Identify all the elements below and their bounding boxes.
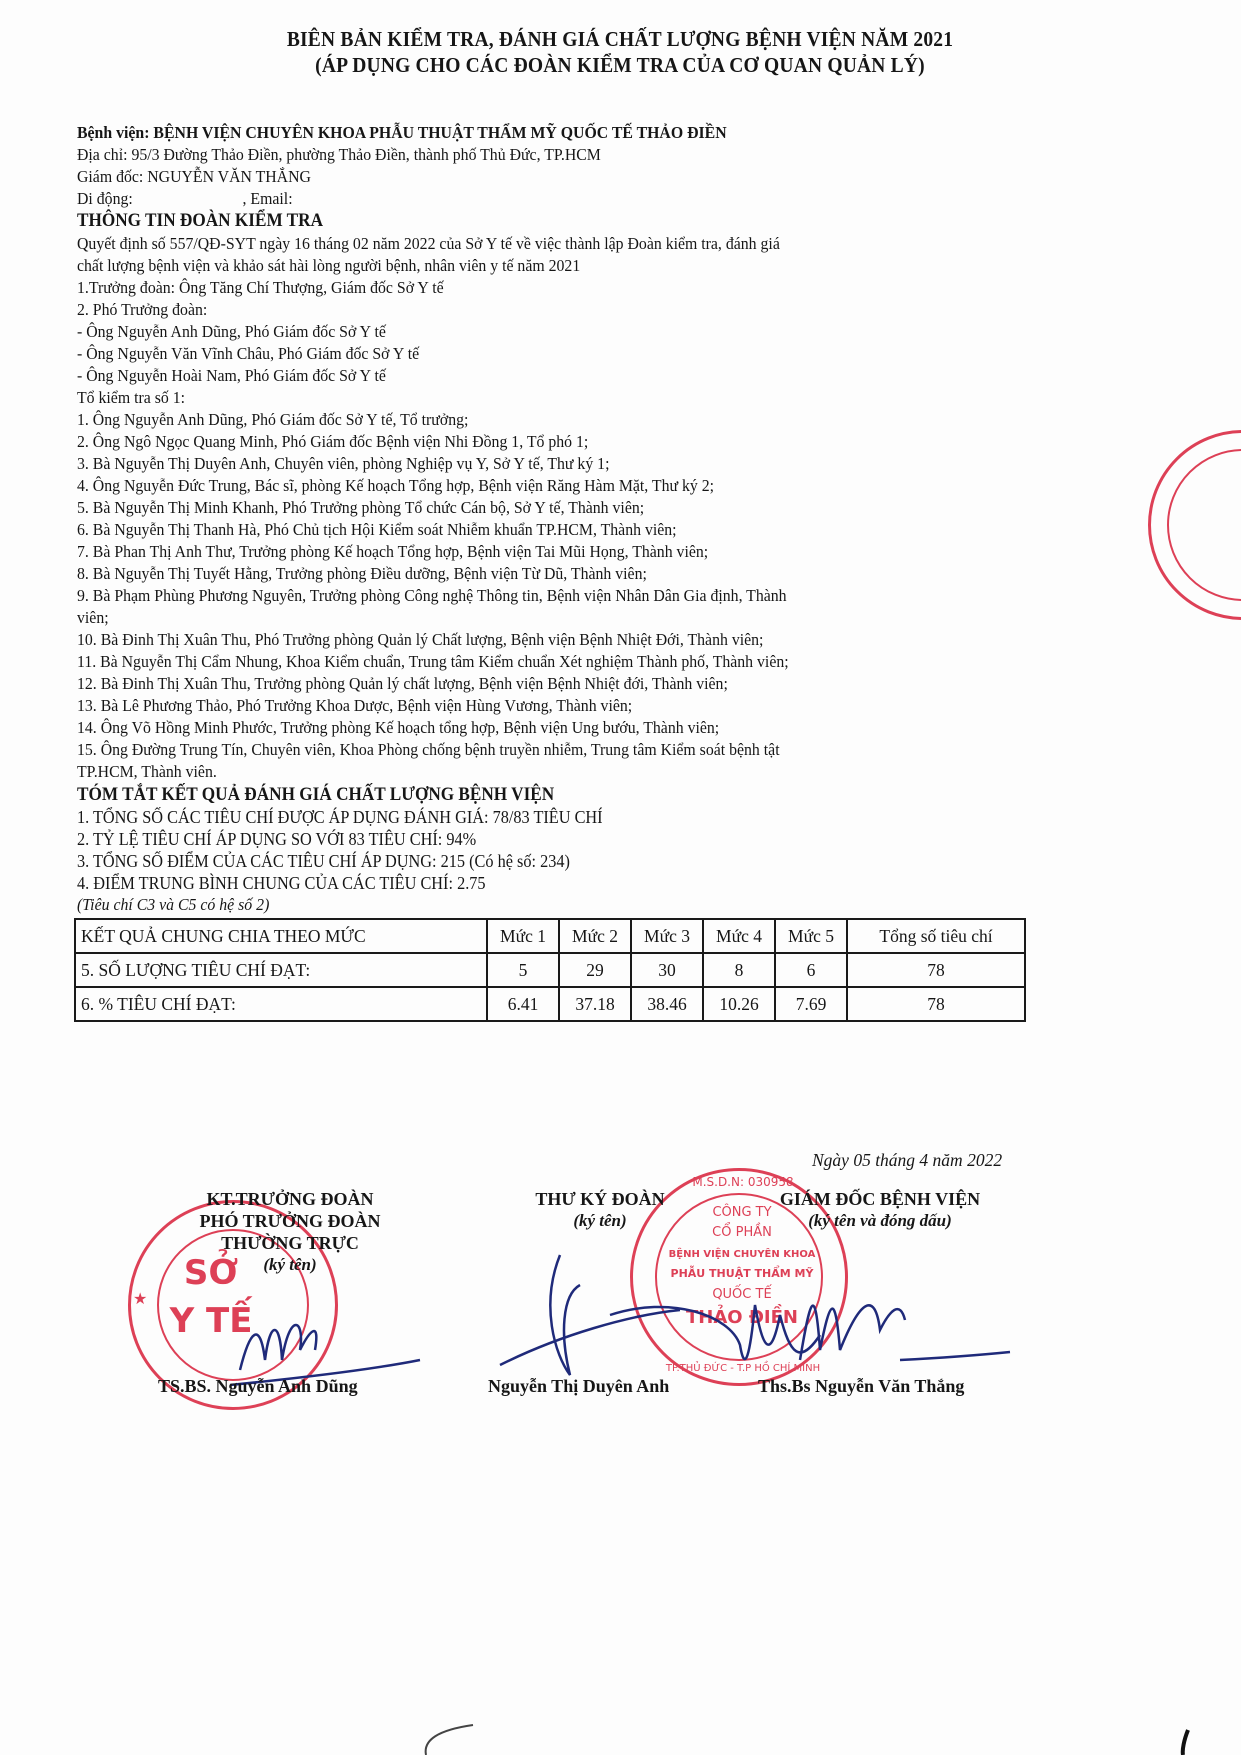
- table-header-cell: Mức 2: [559, 919, 631, 953]
- signing-date: Ngày 05 tháng 4 năm 2022: [812, 1150, 1002, 1171]
- document-title: BIÊN BẢN KIỂM TRA, ĐÁNH GIÁ CHẤT LƯỢNG B…: [183, 26, 1057, 52]
- deputy-heading: 2. Phó Trưởng đoàn:: [77, 299, 207, 321]
- decision-line-2: chất lượng bệnh viện và khảo sát hài lòn…: [77, 255, 580, 277]
- member-item: 7. Bà Phan Thị Anh Thư, Trưởng phòng Kế …: [77, 541, 708, 563]
- table-cell: 6.41: [487, 987, 559, 1021]
- table-header-cell: Mức 1: [487, 919, 559, 953]
- signer-title: PHÓ TRƯỞNG ĐOÀN: [160, 1210, 420, 1232]
- right-signer-name: Ths.Bs Nguyễn Văn Thắng: [758, 1376, 964, 1397]
- member-item: 6. Bà Nguyễn Thị Thanh Hà, Phó Chủ tịch …: [77, 519, 677, 541]
- team-leader: 1.Trưởng đoàn: Ông Tăng Chí Thượng, Giám…: [77, 277, 444, 299]
- member-item-continued: viên;: [77, 607, 109, 629]
- table-header-cell: Mức 3: [631, 919, 703, 953]
- bottom-right-edge-mark: [1178, 1730, 1198, 1755]
- member-item: 8. Bà Nguyễn Thị Tuyết Hằng, Trưởng phòn…: [77, 563, 647, 585]
- inspection-team-heading: THÔNG TIN ĐOÀN KIỂM TRA: [77, 210, 323, 232]
- hospital-director: Giám đốc: NGUYỄN VĂN THẮNG: [77, 166, 311, 188]
- document-page: BIÊN BẢN KIỂM TRA, ĐÁNH GIÁ CHẤT LƯỢNG B…: [0, 0, 1241, 1755]
- signer-title: THƯỜNG TRỰC: [160, 1232, 420, 1254]
- right-handwritten-signature: [780, 1240, 1010, 1370]
- decision-line-1: Quyết định số 557/QĐ-SYT ngày 16 tháng 0…: [77, 233, 780, 255]
- hospital-name-line: Bệnh viện: BỆNH VIỆN CHUYÊN KHOA PHẪU TH…: [77, 122, 727, 144]
- member-item: 5. Bà Nguyễn Thị Minh Khanh, Phó Trưởng …: [77, 497, 644, 519]
- table-cell: 6. % TIÊU CHÍ ĐẠT:: [75, 987, 487, 1021]
- table-header-cell: KẾT QUẢ CHUNG CHIA THEO MỨC: [75, 919, 487, 953]
- table-cell: 78: [847, 987, 1025, 1021]
- member-item: 2. Ông Ngô Ngọc Quang Minh, Phó Giám đốc…: [77, 431, 588, 453]
- deputy-item: - Ông Nguyễn Hoài Nam, Phó Giám đốc Sở Y…: [77, 365, 386, 387]
- star-icon: ★: [133, 1289, 147, 1308]
- signature-note: (ký tên): [160, 1254, 420, 1276]
- table-cell: 8: [703, 953, 775, 987]
- table-cell: 29: [559, 953, 631, 987]
- deputy-item: - Ông Nguyễn Văn Vĩnh Châu, Phó Giám đốc…: [77, 343, 419, 365]
- right-signature-block: GIÁM ĐỐC BỆNH VIỆN (ký tên và đóng dấu): [745, 1188, 1015, 1232]
- member-item: 10. Bà Đinh Thị Xuân Thu, Phó Trưởng phò…: [77, 629, 763, 651]
- summary-item: 4. ĐIỂM TRUNG BÌNH CHUNG CỦA CÁC TIÊU CH…: [77, 872, 486, 894]
- middle-signer-name: Nguyễn Thị Duyên Anh: [488, 1376, 669, 1397]
- email-label: , Email:: [243, 189, 293, 208]
- table-cell: 10.26: [703, 987, 775, 1021]
- signer-title: THƯ KÝ ĐOÀN: [500, 1188, 700, 1210]
- table-cell: 5: [487, 953, 559, 987]
- left-handwritten-signature: [220, 1290, 420, 1390]
- middle-signature-block: THƯ KÝ ĐOÀN (ký tên): [500, 1188, 700, 1232]
- member-item-continued: TP.HCM, Thành viên.: [77, 761, 217, 783]
- member-item: 1. Ông Nguyễn Anh Dũng, Phó Giám đốc Sở …: [77, 409, 468, 431]
- summary-item: 1. TỔNG SỐ CÁC TIÊU CHÍ ĐƯỢC ÁP DỤNG ĐÁN…: [77, 806, 603, 828]
- signer-title: KT.TRƯỞNG ĐOÀN: [160, 1188, 420, 1210]
- member-item: 14. Ông Võ Hồng Minh Phước, Trưởng phòng…: [77, 717, 719, 739]
- member-item: 12. Bà Đinh Thị Xuân Thu, Trưởng phòng Q…: [77, 673, 728, 695]
- edge-stamp-fragment: [1148, 430, 1241, 620]
- table-header-cell: Tổng số tiêu chí: [847, 919, 1025, 953]
- results-table: KẾT QUẢ CHUNG CHIA THEO MỨC Mức 1 Mức 2 …: [74, 918, 1026, 1022]
- hospital-address: Địa chỉ: 95/3 Đường Thảo Điền, phường Th…: [77, 144, 601, 166]
- member-item: 13. Bà Lê Phương Thảo, Phó Trưởng Khoa D…: [77, 695, 632, 717]
- group-heading: Tổ kiểm tra số 1:: [77, 387, 185, 409]
- summary-heading: TÓM TẮT KẾT QUẢ ĐÁNH GIÁ CHẤT LƯỢNG BỆNH…: [77, 784, 554, 806]
- table-header-cell: Mức 4: [703, 919, 775, 953]
- deputy-item: - Ông Nguyễn Anh Dũng, Phó Giám đốc Sở Y…: [77, 321, 386, 343]
- table-cell: 78: [847, 953, 1025, 987]
- member-item: 4. Ông Nguyễn Đức Trung, Bác sĩ, phòng K…: [77, 475, 714, 497]
- left-signature-block: KT.TRƯỞNG ĐOÀN PHÓ TRƯỞNG ĐOÀN THƯỜNG TR…: [160, 1188, 420, 1276]
- left-signer-name: TS.BS. Nguyễn Anh Dũng: [158, 1376, 358, 1397]
- mobile-label: Di động:: [77, 189, 133, 208]
- table-row: 5. SỐ LƯỢNG TIÊU CHÍ ĐẠT: 5 29 30 8 6 78: [75, 953, 1025, 987]
- stamp-ring-text: M.S.D.N: 030958: [673, 1175, 813, 1189]
- table-cell: 30: [631, 953, 703, 987]
- summary-note: (Tiêu chí C3 và C5 có hệ số 2): [77, 894, 269, 916]
- table-row: 6. % TIÊU CHÍ ĐẠT: 6.41 37.18 38.46 10.2…: [75, 987, 1025, 1021]
- table-header-cell: Mức 5: [775, 919, 847, 953]
- member-item: 3. Bà Nguyễn Thị Duyên Anh, Chuyên viên,…: [77, 453, 609, 475]
- table-cell: 38.46: [631, 987, 703, 1021]
- summary-item: 2. TỶ LỆ TIÊU CHÍ ÁP DỤNG SO VỚI 83 TIÊU…: [77, 828, 476, 850]
- signature-note: (ký tên): [500, 1210, 700, 1232]
- table-cell: 6: [775, 953, 847, 987]
- member-item: 15. Ông Đường Trung Tín, Chuyên viên, Kh…: [77, 739, 780, 761]
- summary-item: 3. TỔNG SỐ ĐIỂM CỦA CÁC TIÊU CHÍ ÁP DỤNG…: [77, 850, 570, 872]
- contact-line: Di động:, Email:: [77, 188, 293, 210]
- document-subtitle: (ÁP DỤNG CHO CÁC ĐOÀN KIỂM TRA CỦA CƠ QU…: [183, 52, 1057, 78]
- signature-note: (ký tên và đóng dấu): [745, 1210, 1015, 1232]
- bottom-edge-mark: [418, 1720, 498, 1755]
- member-item: 9. Bà Phạm Phùng Phương Nguyên, Trưởng p…: [77, 585, 787, 607]
- table-cell: 7.69: [775, 987, 847, 1021]
- table-header-row: KẾT QUẢ CHUNG CHIA THEO MỨC Mức 1 Mức 2 …: [75, 919, 1025, 953]
- table-cell: 37.18: [559, 987, 631, 1021]
- table-cell: 5. SỐ LƯỢNG TIÊU CHÍ ĐẠT:: [75, 953, 487, 987]
- signer-title: GIÁM ĐỐC BỆNH VIỆN: [745, 1188, 1015, 1210]
- hospital-name-value: BỆNH VIỆN CHUYÊN KHOA PHẪU THUẬT THẨM MỸ…: [153, 123, 726, 142]
- hospital-name-label: Bệnh viện:: [77, 123, 149, 142]
- member-item: 11. Bà Nguyễn Thị Cẩm Nhung, Khoa Kiểm c…: [77, 651, 789, 673]
